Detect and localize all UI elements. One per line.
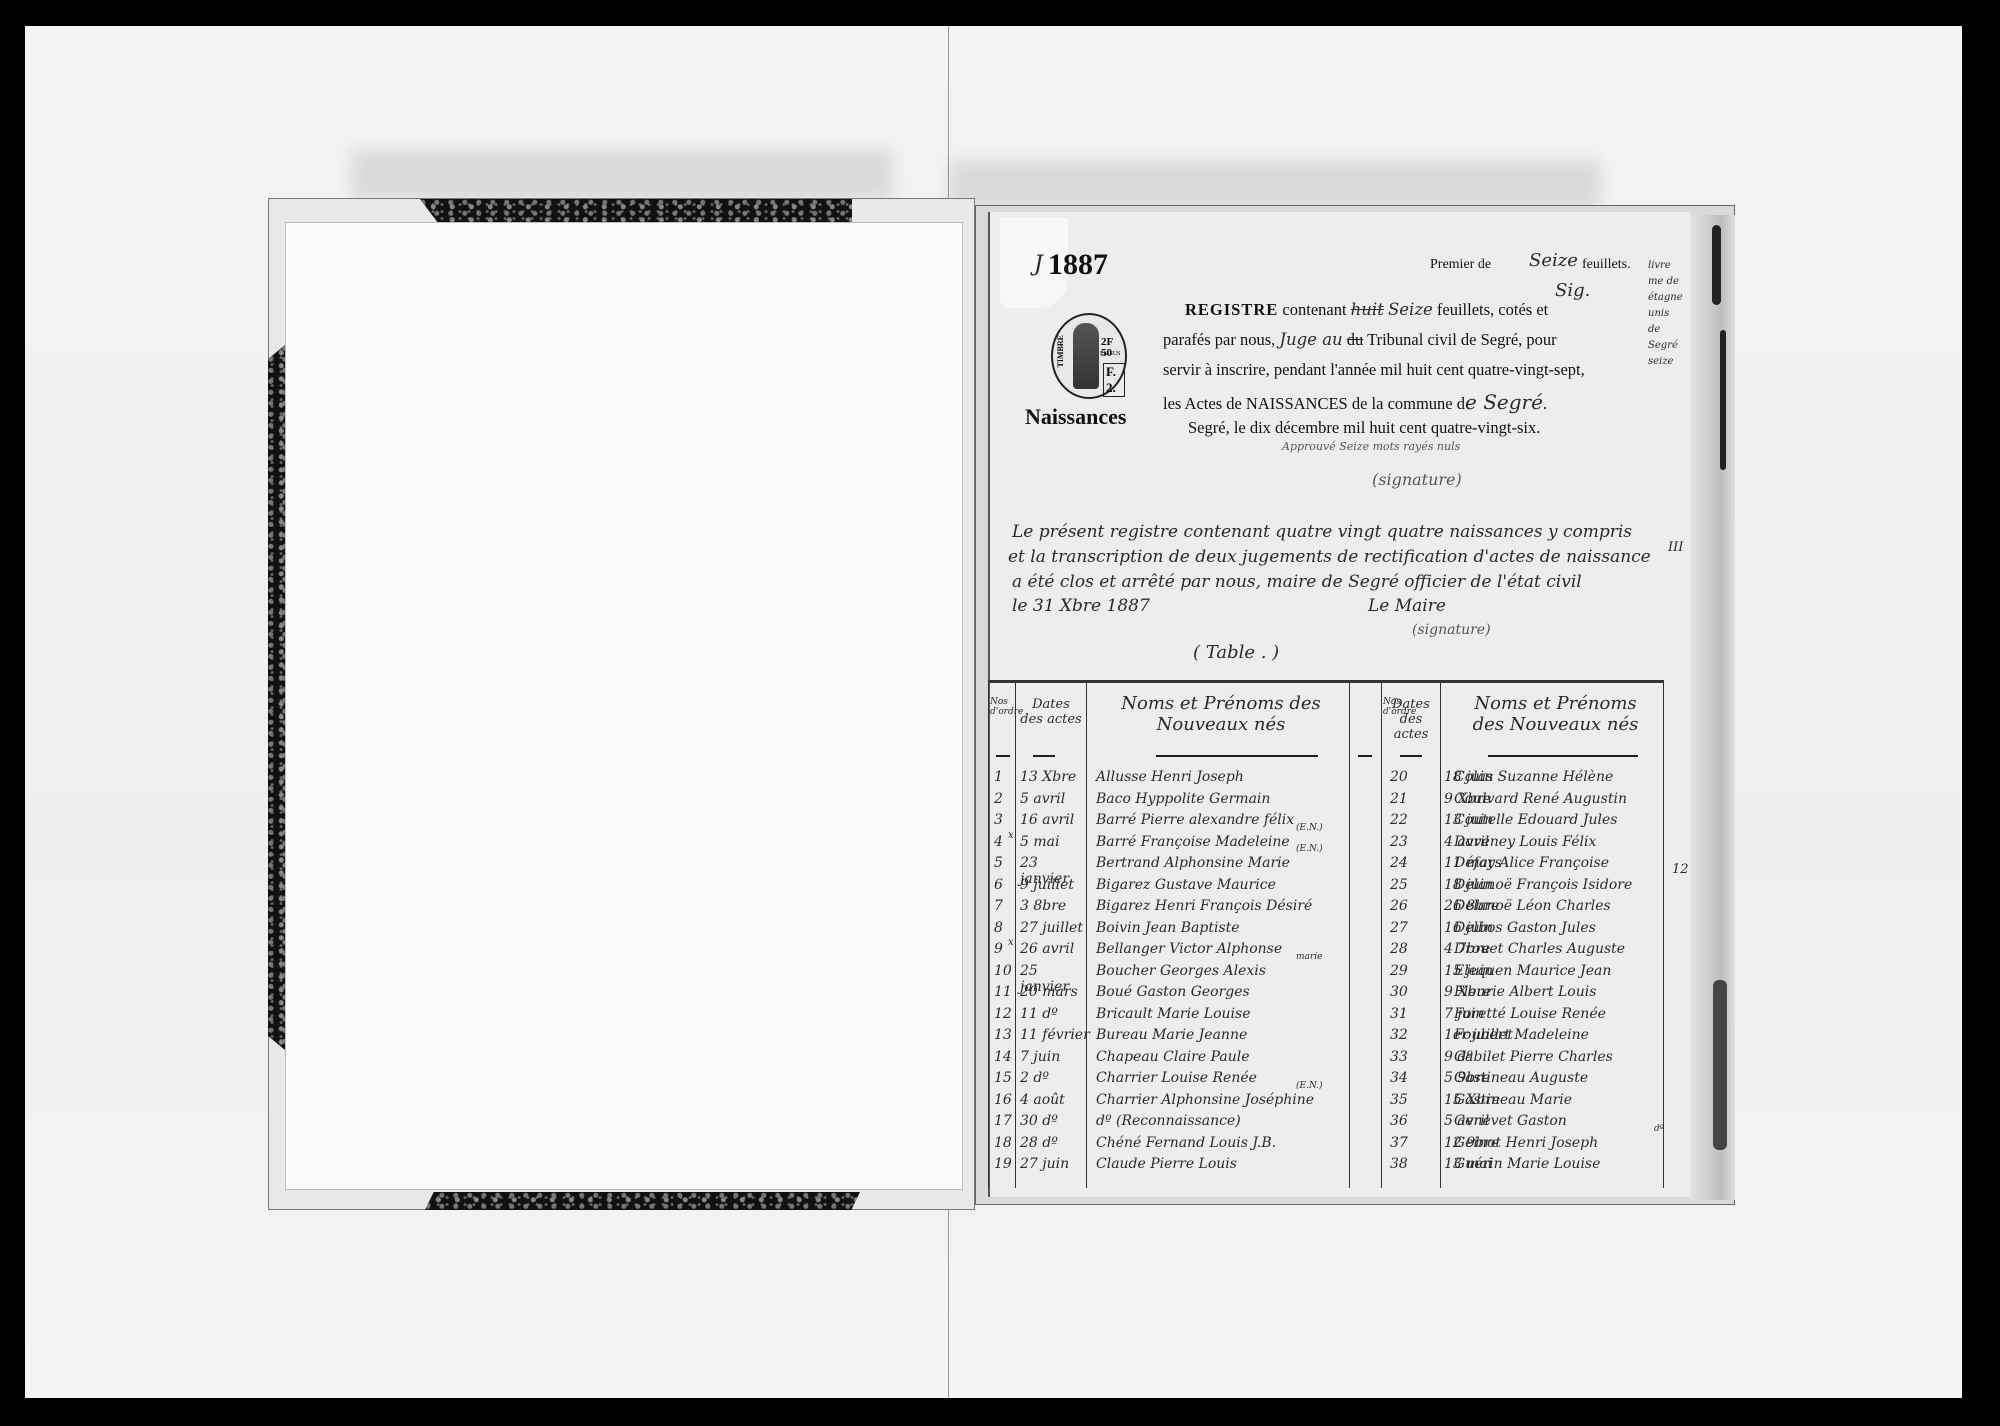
row-number: 12 xyxy=(994,1006,1018,1022)
scan-border-bottom xyxy=(0,1398,2000,1426)
row-date: 13 Xbre xyxy=(1020,769,1090,785)
header-rule xyxy=(1358,755,1372,757)
row-number: 35 xyxy=(1390,1092,1414,1108)
row-number: 9 xyxy=(994,941,1018,957)
row-name: Bigarez Gustave Maurice xyxy=(1096,877,1351,893)
printed-date-line: Segré, le dix décembre mil huit cent qua… xyxy=(1188,418,1540,438)
row-number: 27 xyxy=(1390,920,1414,936)
stamp-price-sub: EN SUS xyxy=(1100,351,1121,357)
row-mark: x xyxy=(1008,937,1014,948)
row-mark: x xyxy=(1008,830,1014,841)
row-number: 14 xyxy=(994,1049,1018,1065)
row-number: 6 xyxy=(994,877,1018,893)
header-rule xyxy=(996,755,1010,757)
row-date: 27 juin xyxy=(1020,1156,1090,1172)
row-name: Genevet Gaston xyxy=(1454,1113,1709,1129)
line-text: feuillets, cotés et xyxy=(1433,300,1548,319)
row-name: Drouet Charles Auguste xyxy=(1454,941,1709,957)
row-name: Coulvard René Augustin xyxy=(1454,791,1709,807)
row-annotation: dº xyxy=(1654,1124,1664,1134)
closing-line-4: le 31 Xbre 1887 xyxy=(1012,596,1150,616)
row-number: 29 xyxy=(1390,963,1414,979)
row-date: 7 juin xyxy=(1020,1049,1090,1065)
row-annotation: (E.N.) xyxy=(1296,823,1323,833)
row-number: 36 xyxy=(1390,1113,1414,1129)
handwritten-fill: Seize xyxy=(1388,300,1433,319)
row-name: Défay Alice Françoise xyxy=(1454,855,1709,871)
margin-note: livre xyxy=(1648,258,1688,274)
line-text: contenant xyxy=(1278,300,1350,319)
row-name: Guérin Marie Louise xyxy=(1454,1156,1709,1172)
scan-border-top xyxy=(0,0,2000,28)
tax-stamp-icon: TIMBRE 2F 50 EN SUS F. 2. xyxy=(1051,313,1127,399)
row-name: Allusse Henri Joseph xyxy=(1096,769,1351,785)
row-date: 5 mai xyxy=(1020,834,1090,850)
closing-line-2: et la transcription de deux jugements de… xyxy=(1008,547,1651,567)
row-name: Baco Hyppolite Germain xyxy=(1096,791,1351,807)
row-name: Bureau Marie Jeanne xyxy=(1096,1027,1351,1043)
edge-stain xyxy=(1713,980,1727,1150)
row-number: 11 xyxy=(994,984,1018,1000)
header-num-left: Nos d'ordre xyxy=(990,697,1014,717)
column-divider xyxy=(988,683,989,1188)
handwritten-fill: Juge au xyxy=(1279,330,1342,349)
row-number: 15 xyxy=(994,1070,1018,1086)
row-name: Delanoë François Isidore xyxy=(1454,877,1709,893)
row-number: 2 xyxy=(994,791,1018,807)
row-name: Coutelle Edouard Jules xyxy=(1454,812,1709,828)
row-date: 3 8bre xyxy=(1020,898,1090,914)
approval-note: Approuvé Seize mots rayés nuls xyxy=(1282,440,1460,453)
row-number: 32 xyxy=(1390,1027,1414,1043)
row-name: Delbos Gaston Jules xyxy=(1454,920,1709,936)
row-number: 16 xyxy=(994,1092,1018,1108)
table-caption: ( Table . ) xyxy=(1193,642,1279,663)
row-name: Elequen Maurice Jean xyxy=(1454,963,1709,979)
printed-line-4: les Actes de NAISSANCES de la commune de… xyxy=(1163,390,1547,414)
header-rule xyxy=(1488,755,1638,757)
registre-label: REGISTRE xyxy=(1185,300,1278,319)
row-number: 34 xyxy=(1390,1070,1414,1086)
birth-index-table: Nos d'ordre Dates des actes Noms et Prén… xyxy=(988,680,1664,1188)
column-divider xyxy=(1440,683,1441,1188)
row-date: 5 avril xyxy=(1020,791,1090,807)
row-number: 26 xyxy=(1390,898,1414,914)
feuillets-label: feuillets. xyxy=(1582,257,1631,273)
row-annotation: (E.N.) xyxy=(1296,1081,1323,1091)
edge-stain xyxy=(1712,225,1721,305)
struck-word: du xyxy=(1347,330,1364,349)
row-name: Daveney Louis Félix xyxy=(1454,834,1709,850)
marbled-cover-top xyxy=(420,199,852,222)
row-name: Boivin Jean Baptiste xyxy=(1096,920,1351,936)
header-names-right: Noms et Prénoms des Nouveaux nés xyxy=(1458,693,1653,735)
marbled-cover-left xyxy=(268,345,285,1050)
row-number: 5 xyxy=(994,855,1018,871)
row-number: 20 xyxy=(1390,769,1414,785)
header-rule xyxy=(1033,755,1055,757)
row-number: 38 xyxy=(1390,1156,1414,1172)
row-name: Foubert Madeleine xyxy=(1454,1027,1709,1043)
row-name: Boué Gaston Georges xyxy=(1096,984,1351,1000)
closing-line-3: a été clos et arrêté par nous, maire de … xyxy=(1012,572,1582,592)
row-number: 30 xyxy=(1390,984,1414,1000)
column-divider xyxy=(1381,683,1382,1188)
header-rule xyxy=(1156,755,1318,757)
justice-figure-icon xyxy=(1073,323,1099,389)
row-date: 9 juillet xyxy=(1020,877,1090,893)
row-number: 37 xyxy=(1390,1135,1414,1151)
header-date-right-text: Dates des actes xyxy=(1384,697,1438,742)
row-date: 26 avril xyxy=(1020,941,1090,957)
row-name: Claude Pierre Louis xyxy=(1096,1156,1351,1172)
row-name: Foretté Louise Renée xyxy=(1454,1006,1709,1022)
margin-note: unis xyxy=(1648,306,1688,322)
header-names-left: Noms et Prénoms des Nouveaux nés xyxy=(1116,693,1326,735)
year-prefix: J xyxy=(1034,252,1043,277)
row-number: 10 xyxy=(994,963,1018,979)
row-date: 11 février xyxy=(1020,1027,1090,1043)
row-number: 13 xyxy=(994,1027,1018,1043)
margin-notes: livre me de étagne unis de Segré seize xyxy=(1648,258,1688,370)
row-date: 16 avril xyxy=(1020,812,1090,828)
row-number: 24 xyxy=(1390,855,1414,871)
row-number: 22 xyxy=(1390,812,1414,828)
row-date: 27 juillet xyxy=(1020,920,1090,936)
row-name: Chapeau Claire Paule xyxy=(1096,1049,1351,1065)
row-date: 4 août xyxy=(1020,1092,1090,1108)
struck-handwriting: huit xyxy=(1351,300,1384,319)
row-number: 23 xyxy=(1390,834,1414,850)
row-date: 28 dº xyxy=(1020,1135,1090,1151)
row-name: Gastineau Auguste xyxy=(1454,1070,1709,1086)
row-number: 3 xyxy=(994,812,1018,828)
row-number: 31 xyxy=(1390,1006,1414,1022)
register-year: 1887 xyxy=(1048,248,1108,282)
row-name: Delanoë Léon Charles xyxy=(1454,898,1709,914)
row-number: 17 xyxy=(994,1113,1018,1129)
row-name: Gastineau Marie xyxy=(1454,1092,1709,1108)
closing-line-1: Le présent registre contenant quatre vin… xyxy=(1012,522,1632,542)
printed-line-3: servir à inscrire, pendant l'année mil h… xyxy=(1163,360,1585,380)
row-number: 28 xyxy=(1390,941,1414,957)
printed-line-1: REGISTRE contenant huit Seize feuillets,… xyxy=(1185,300,1548,320)
row-name: Fleurie Albert Louis xyxy=(1454,984,1709,1000)
row-date: 30 dº xyxy=(1020,1113,1090,1129)
row-name: Bigarez Henri François Désiré xyxy=(1096,898,1351,914)
row-date: 11 dº xyxy=(1020,1006,1090,1022)
row-number: 19 xyxy=(994,1156,1018,1172)
margin-note: étagne xyxy=(1648,290,1688,306)
header-date-left: Dates des actes xyxy=(1020,697,1082,727)
row-date: 20 mars xyxy=(1020,984,1090,1000)
paraph-signature: Sig. xyxy=(1555,280,1590,301)
marbled-cover-bottom xyxy=(425,1192,860,1210)
row-annotation: marie xyxy=(1296,952,1322,962)
row-number: 21 xyxy=(1390,791,1414,807)
row-name: Colas Suzanne Hélène xyxy=(1454,769,1709,785)
premier-de-label: Premier de xyxy=(1430,257,1491,273)
row-annotation: (E.N.) xyxy=(1296,844,1323,854)
line-text: Tribunal civil de Segré, pour xyxy=(1363,330,1556,349)
row-name: dº (Reconnaissance) xyxy=(1096,1113,1351,1129)
margin-note: me de xyxy=(1648,274,1688,290)
book-shadow xyxy=(352,150,892,200)
edge-stain xyxy=(1720,330,1726,470)
stamp-timbre-text: TIMBRE xyxy=(1056,335,1065,367)
row-number: 25 xyxy=(1390,877,1414,893)
row-name: Bricault Marie Louise xyxy=(1096,1006,1351,1022)
line-text: parafés par nous, xyxy=(1163,330,1279,349)
row-name: Geinot Henri Joseph xyxy=(1454,1135,1709,1151)
row-name: Boucher Georges Alexis xyxy=(1096,963,1351,979)
book-shadow xyxy=(950,160,1600,210)
premier-de-handwritten: Seize xyxy=(1529,250,1578,271)
row-number: 1 xyxy=(994,769,1018,785)
row-number: 18 xyxy=(994,1135,1018,1151)
section-title: Naissances xyxy=(1025,404,1126,430)
row-number: 7 xyxy=(994,898,1018,914)
margin-note: de xyxy=(1648,322,1688,338)
margin-note: seize xyxy=(1648,354,1688,370)
row-name: Gabilet Pierre Charles xyxy=(1454,1049,1709,1065)
row-number: 8 xyxy=(994,920,1018,936)
line-text: . xyxy=(1543,394,1547,413)
printed-line-2: parafés par nous, Juge au du Tribunal ci… xyxy=(1163,330,1557,350)
row-name: Bertrand Alphonsine Marie xyxy=(1096,855,1351,871)
closing-signature: (signature) xyxy=(1412,622,1491,638)
approval-signature: (signature) xyxy=(1372,470,1462,489)
stamp-series: F. 2. xyxy=(1103,363,1125,397)
handwritten-fill: e Segré xyxy=(1465,390,1543,414)
closing-signature-title: Le Maire xyxy=(1368,596,1446,616)
line-text: les Actes de NAISSANCES de la commune d xyxy=(1163,394,1465,413)
row-name: Charrier Alphonsine Joséphine xyxy=(1096,1092,1351,1108)
row-number: 33 xyxy=(1390,1049,1414,1065)
row-number: 4 xyxy=(994,834,1018,850)
row-name: Chéné Fernand Louis J.B. xyxy=(1096,1135,1351,1151)
row-date: 2 dº xyxy=(1020,1070,1090,1086)
margin-note: Segré xyxy=(1648,338,1688,354)
margin-note-roman: III xyxy=(1668,540,1683,555)
header-rule xyxy=(1400,755,1422,757)
blank-endpaper-page xyxy=(285,222,963,1190)
